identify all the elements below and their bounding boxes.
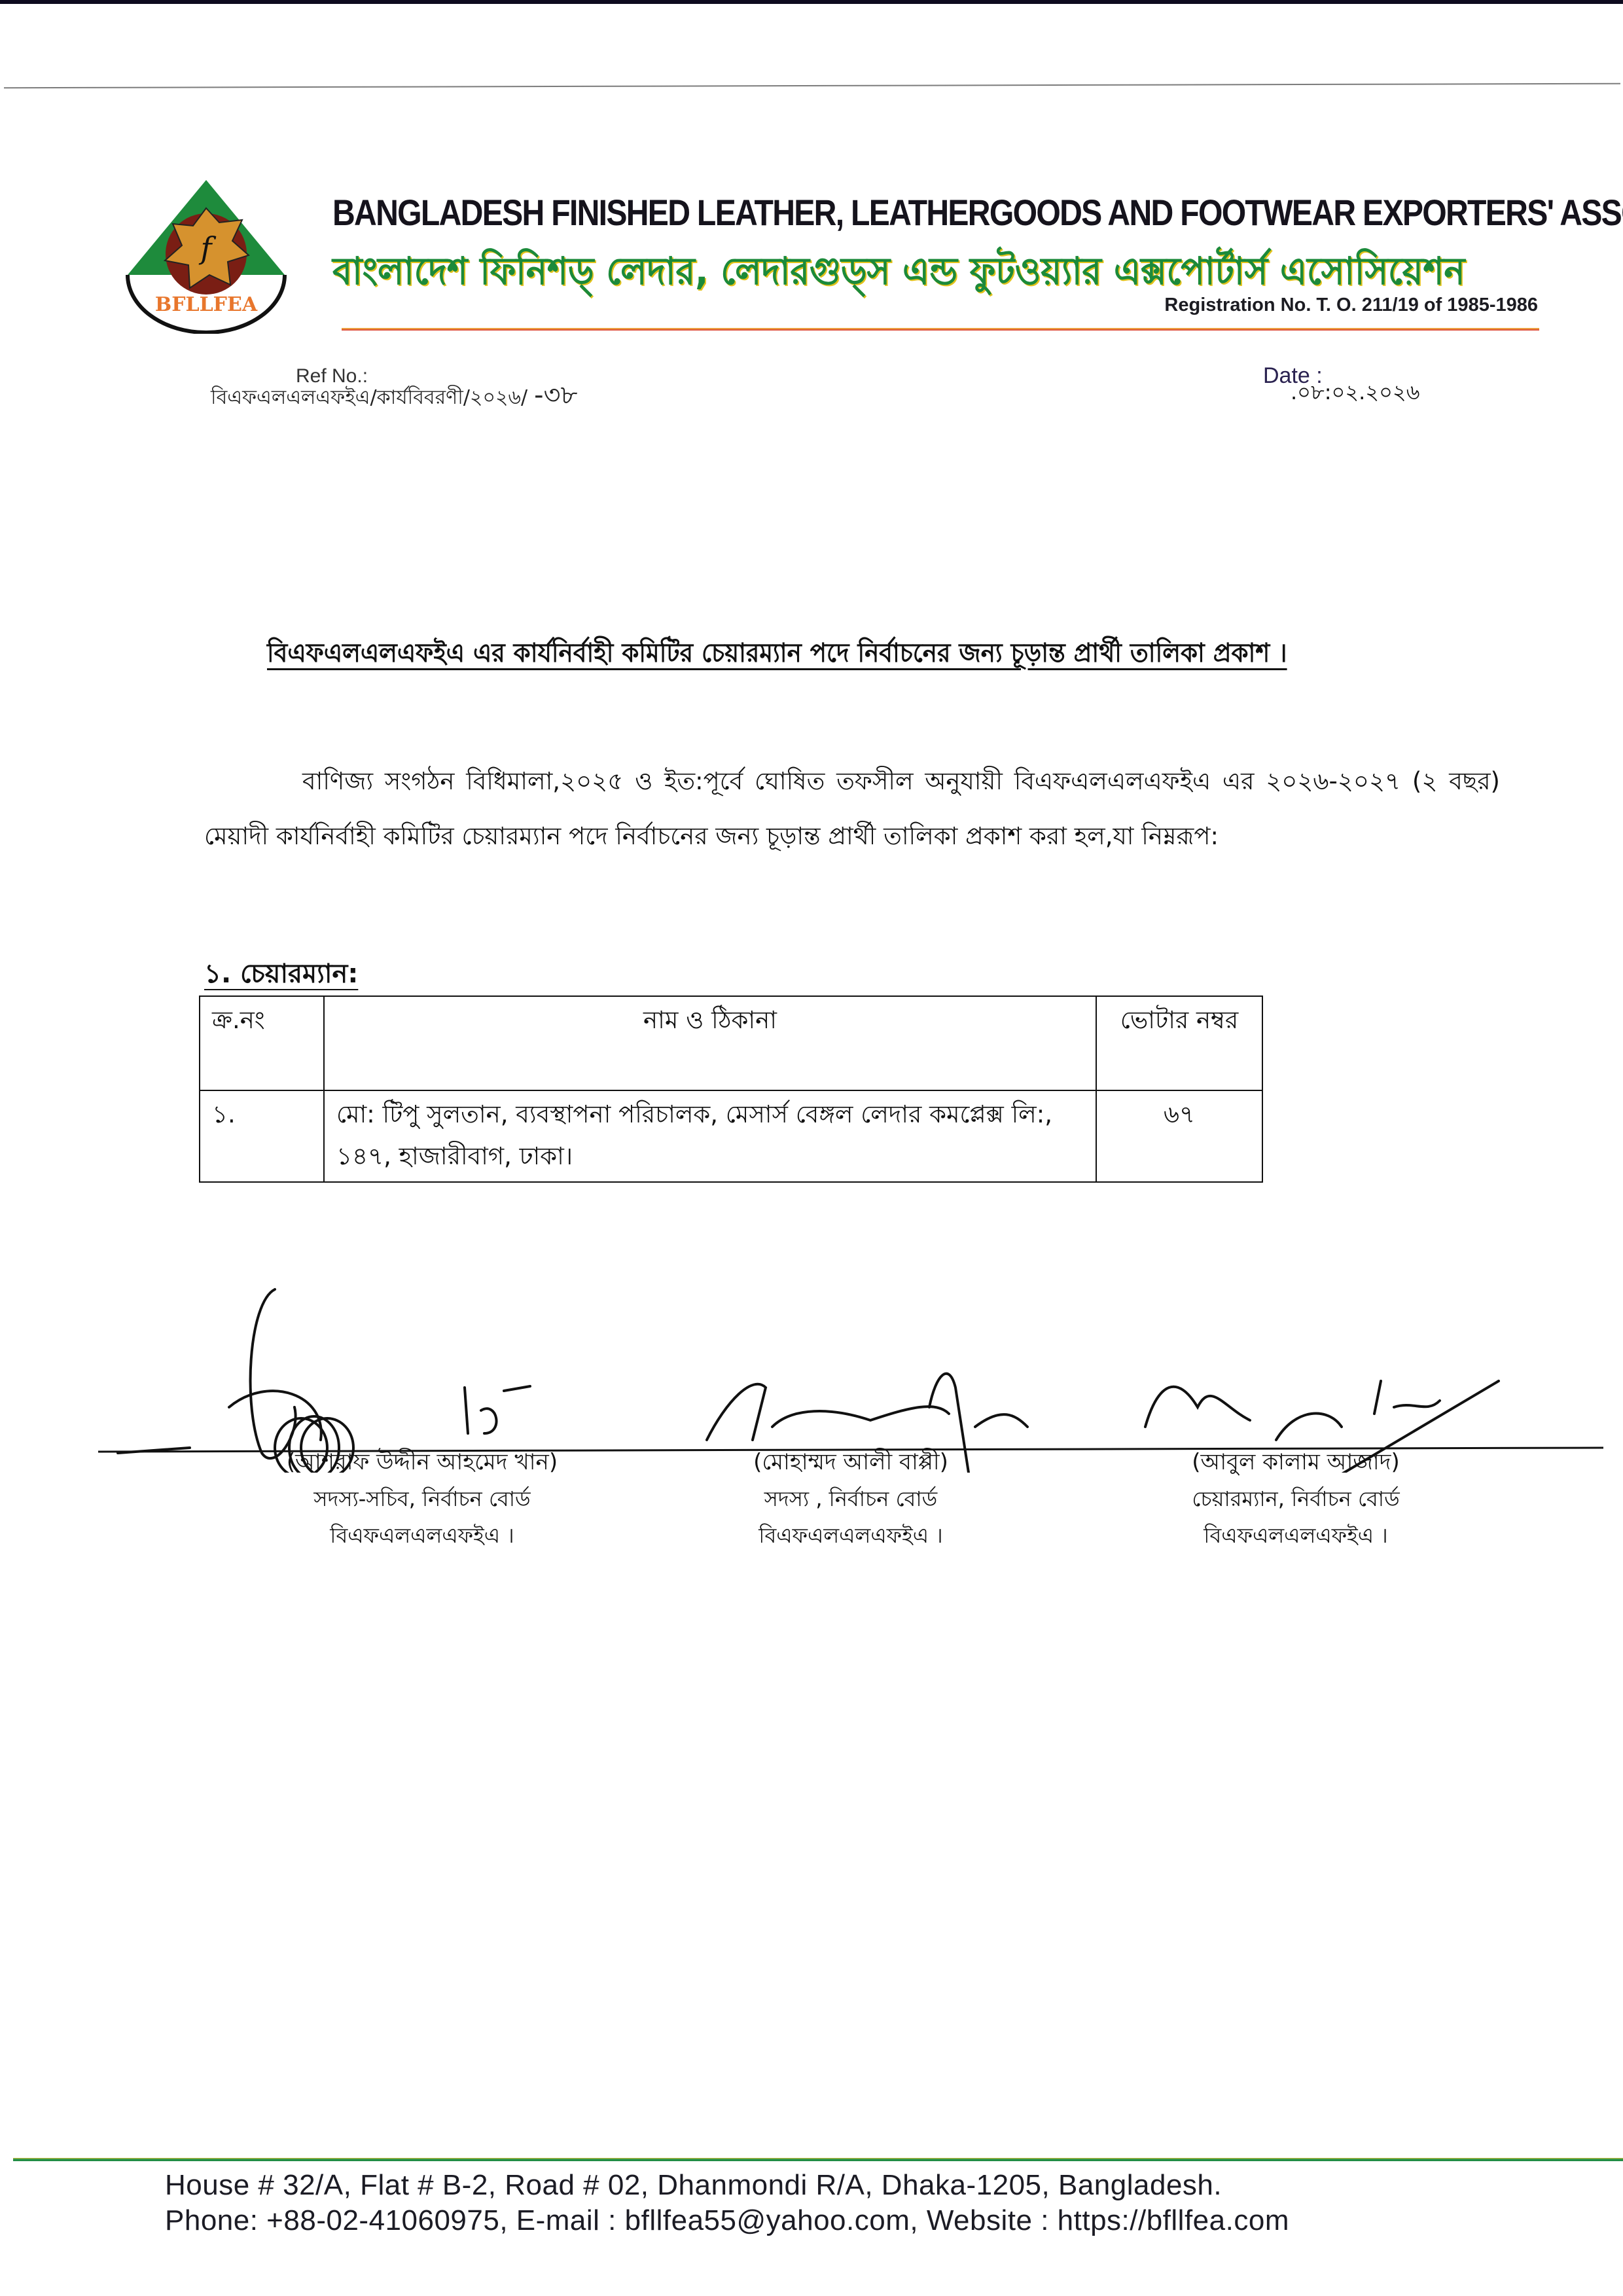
ref-handwritten-number: -৩৮ <box>534 380 577 410</box>
signatory-member-secretary: (আশরাফ উদ্দীন আহমেদ খান) সদস্য-সচিব, নির… <box>259 1444 586 1554</box>
header-voter-number: ভোটার নম্বর <box>1096 996 1262 1090</box>
reference-line: Ref No.: বিএফএলএলএফইএ/কার্যবিবরণী/২০২৬/-… <box>211 374 577 418</box>
cell-name-address: মো: টিপু সুলতান, ব্যবস্থাপনা পরিচালক, মে… <box>324 1090 1096 1182</box>
signatory-name: (মোহাম্মদ আলী বাপ্পী) <box>726 1444 975 1480</box>
candidate-table: ক্র.নং নাম ও ঠিকানা ভোটার নম্বর ১. মো: ট… <box>199 996 1263 1183</box>
signatory-org: বিএফএলএলএফইএ । <box>259 1517 586 1554</box>
signatory-role: সদস্য-সচিব, নির্বাচন বোর্ড <box>259 1480 586 1517</box>
signatory-role: চেয়ারম্যান, নির্বাচন বোর্ড <box>1158 1480 1433 1517</box>
scan-edge <box>0 0 1623 4</box>
org-name-english: BANGLADESH FINISHED LEATHER, LEATHERGOOD… <box>332 191 1368 234</box>
signatory-chairman: (আবুল কালাম আজাদ) চেয়ারম্যান, নির্বাচন … <box>1158 1444 1433 1554</box>
footer-contact: Phone: +88-02-41060975, E-mail : bfllfea… <box>165 2204 1289 2237</box>
ref-value: বিএফএলএলএফইএ/কার্যবিবরণী/২০২৬/ <box>211 386 527 409</box>
header-divider <box>342 328 1539 331</box>
header-serial: ক্র.নং <box>200 996 324 1090</box>
table-row: ১. মো: টিপু সুলতান, ব্যবস্থাপনা পরিচালক,… <box>200 1090 1262 1182</box>
ref-label: Ref No.: <box>296 365 368 387</box>
footer-divider <box>13 2158 1623 2161</box>
signatory-name: (আবুল কালাম আজাদ) <box>1158 1444 1433 1480</box>
signatory-name: (আশরাফ উদ্দীন আহমেদ খান) <box>259 1444 586 1480</box>
section-title-chairman: ১. চেয়ারম্যান: <box>204 953 358 997</box>
signatory-org: বিএফএলএলএফইএ । <box>726 1517 975 1554</box>
subject-heading: বিএফএলএলএফইএ এর কার্যনির্বাহী কমিটির চেয… <box>267 632 1287 676</box>
svg-text:BFLLFEA: BFLLFEA <box>155 293 258 316</box>
scan-fold-line <box>4 83 1620 88</box>
footer-address: House # 32/A, Flat # B-2, Road # 02, Dha… <box>165 2169 1222 2202</box>
signatory-member: (মোহাম্মদ আলী বাপ্পী) সদস্য , নির্বাচন ব… <box>726 1444 975 1554</box>
cell-voter-number: ৬৭ <box>1096 1090 1262 1182</box>
handwritten-signatures <box>98 1276 1603 1473</box>
signatory-org: বিএফএলএলএফইএ । <box>1158 1517 1433 1554</box>
bfllfea-logo-icon: f BFLLFEA <box>118 177 294 334</box>
table-header-row: ক্র.নং নাম ও ঠিকানা ভোটার নম্বর <box>200 996 1262 1090</box>
body-text: বাণিজ্য সংগঠন বিধিমালা,২০২৫ ও ইত:পূর্বে … <box>204 767 1500 850</box>
header-name-address: নাম ও ঠিকানা <box>324 996 1096 1090</box>
body-paragraph: বাণিজ্য সংগঠন বিধিমালা,২০২৫ ও ইত:পূর্বে … <box>204 754 1500 864</box>
cell-serial: ১. <box>200 1090 324 1182</box>
registration-number: Registration No. T. O. 211/19 of 1985-19… <box>1164 295 1538 316</box>
signatory-role: সদস্য , নির্বাচন বোর্ড <box>726 1480 975 1517</box>
date-value: .০৮:০২.২০২৬ <box>1291 376 1420 411</box>
